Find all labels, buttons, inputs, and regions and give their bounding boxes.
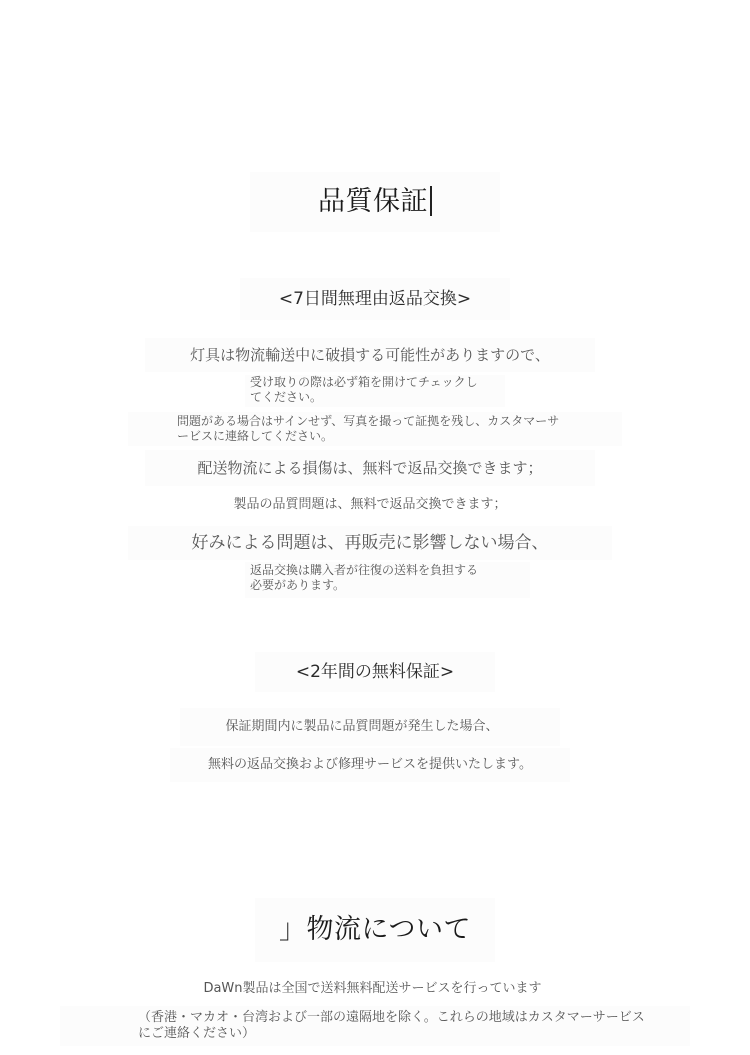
quality-title: 品質保証 bbox=[318, 186, 428, 217]
return-line-2: 受け取りの際は必ず箱を開けてチェックし てください。 bbox=[245, 375, 505, 407]
text-cursor bbox=[430, 186, 432, 216]
warranty-line-1: 保証期間内に製品に品質問題が発生した場合、 bbox=[180, 708, 560, 746]
quality-title-box: 品質保証 bbox=[250, 172, 500, 232]
return-line-3a: 問題がある場合はサインせず、写真を撮って証拠を残し、カスタマーサ bbox=[177, 414, 622, 429]
return-line-7a: 返品交換は購入者が往復の送料を負担する bbox=[250, 563, 530, 578]
return-line-6: 好みによる問題は、再販売に影響しない場合、 bbox=[128, 526, 612, 560]
logistics-title: 」物流について bbox=[255, 898, 495, 962]
return-line-2a: 受け取りの際は必ず箱を開けてチェックし bbox=[250, 375, 505, 390]
return-line-1: 灯具は物流輸送中に破損する可能性がありますので、 bbox=[145, 338, 595, 372]
return-line-2b: てください。 bbox=[250, 390, 505, 405]
return-policy-heading: <7日間無理由返品交換> bbox=[240, 278, 510, 320]
logistics-line-2b: にご連絡ください） bbox=[138, 1026, 690, 1042]
return-line-7b: 必要があります。 bbox=[250, 578, 530, 593]
return-line-7: 返品交換は購入者が往復の送料を負担する 必要があります。 bbox=[245, 562, 530, 598]
return-line-4: 配送物流による損傷は、無料で返品交換できます； bbox=[145, 450, 595, 486]
logistics-line-2a: （香港・マカオ・台湾および一部の遠隔地を除く。これらの地域はカスタマーサービス bbox=[138, 1010, 690, 1026]
warranty-heading: <2年間の無料保証> bbox=[255, 652, 495, 692]
warranty-line-2: 無料の返品交換および修理サービスを提供いたします。 bbox=[170, 748, 570, 782]
logistics-line-1: DaWn製品は全国で送料無料配送サービスを行っています bbox=[150, 978, 595, 1000]
logistics-line-2: （香港・マカオ・台湾および一部の遠隔地を除く。これらの地域はカスタマーサービス … bbox=[60, 1006, 690, 1046]
return-line-3: 問題がある場合はサインせず、写真を撮って証拠を残し、カスタマーサ ービスに連絡し… bbox=[128, 412, 622, 446]
return-line-3b: ービスに連絡してください。 bbox=[177, 429, 622, 444]
return-line-5: 製品の品質問題は、無料で返品交換できます； bbox=[160, 494, 580, 516]
